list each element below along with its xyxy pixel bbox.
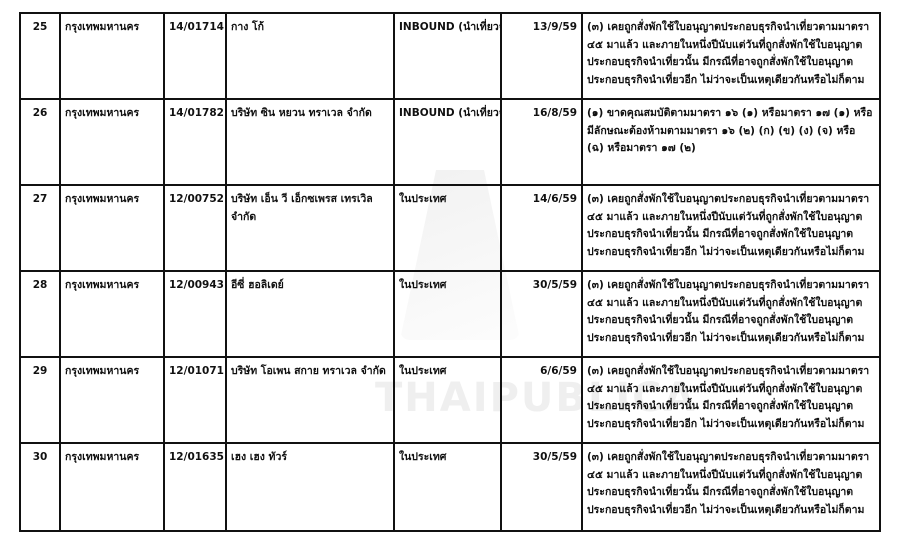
license-number-cell: 14/01782 — [164, 99, 226, 185]
date-cell: 30/5/59 — [501, 271, 582, 357]
table-body: 25 กรุงเทพมหานคร 14/01714 กาง โก้ INBOUN… — [20, 13, 880, 531]
row-number: 26 — [20, 99, 60, 185]
company-name-cell: บริษัท เอ็น วี เอ็กซเพรส เทรเวิล จำกัด — [226, 185, 394, 271]
table-row: 27 กรุงเทพมหานคร 12/00752 บริษัท เอ็น วี… — [20, 185, 880, 271]
reason-cell: (๑) ขาดคุณสมบัติตามมาตรา ๑๖ (๑) หรือมาตร… — [582, 99, 880, 185]
company-name-cell: บริษัท โอเพน สกาย ทราเวล จำกัด — [226, 357, 394, 443]
date-cell: 16/8/59 — [501, 99, 582, 185]
business-type-cell: ในประเทศ — [394, 185, 501, 271]
date-cell: 14/6/59 — [501, 185, 582, 271]
row-number: 29 — [20, 357, 60, 443]
table-row: 30 กรุงเทพมหานคร 12/01635 เฮง เฮง ทัวร์ … — [20, 443, 880, 531]
license-number-cell: 12/00752 — [164, 185, 226, 271]
province-cell: กรุงเทพมหานคร — [60, 357, 164, 443]
reason-cell: (๓) เคยถูกสั่งพักใช้ใบอนุญาตประกอบธุรกิจ… — [582, 271, 880, 357]
license-number-cell: 12/01071 — [164, 357, 226, 443]
business-type-cell: ในประเทศ — [394, 357, 501, 443]
company-name-cell: อีซี่ ฮอลิเดย์ — [226, 271, 394, 357]
row-number: 30 — [20, 443, 60, 531]
row-number: 28 — [20, 271, 60, 357]
date-cell: 30/5/59 — [501, 443, 582, 531]
province-cell: กรุงเทพมหานคร — [60, 185, 164, 271]
table-row: 26 กรุงเทพมหานคร 14/01782 บริษัท ซิน หยว… — [20, 99, 880, 185]
reason-cell: (๓) เคยถูกสั่งพักใช้ใบอนุญาตประกอบธุรกิจ… — [582, 13, 880, 99]
license-number-cell: 12/00943 — [164, 271, 226, 357]
table-row: 29 กรุงเทพมหานคร 12/01071 บริษัท โอเพน ส… — [20, 357, 880, 443]
business-type-cell: INBOUND (นำเที่ยวจาก — [394, 13, 501, 99]
company-name-cell: เฮง เฮง ทัวร์ — [226, 443, 394, 531]
province-cell: กรุงเทพมหานคร — [60, 13, 164, 99]
reason-cell: (๓) เคยถูกสั่งพักใช้ใบอนุญาตประกอบธุรกิจ… — [582, 443, 880, 531]
date-cell: 6/6/59 — [501, 357, 582, 443]
business-type-cell: ในประเทศ — [394, 443, 501, 531]
date-cell: 13/9/59 — [501, 13, 582, 99]
row-number: 25 — [20, 13, 60, 99]
license-number-cell: 12/01635 — [164, 443, 226, 531]
row-number: 27 — [20, 185, 60, 271]
license-revocation-table: 25 กรุงเทพมหานคร 14/01714 กาง โก้ INBOUN… — [19, 12, 881, 532]
province-cell: กรุงเทพมหานคร — [60, 271, 164, 357]
table-row: 25 กรุงเทพมหานคร 14/01714 กาง โก้ INBOUN… — [20, 13, 880, 99]
license-number-cell: 14/01714 — [164, 13, 226, 99]
business-type-cell: ในประเทศ — [394, 271, 501, 357]
reason-cell: (๓) เคยถูกสั่งพักใช้ใบอนุญาตประกอบธุรกิจ… — [582, 185, 880, 271]
reason-cell: (๓) เคยถูกสั่งพักใช้ใบอนุญาตประกอบธุรกิจ… — [582, 357, 880, 443]
province-cell: กรุงเทพมหานคร — [60, 443, 164, 531]
table-row: 28 กรุงเทพมหานคร 12/00943 อีซี่ ฮอลิเดย์… — [20, 271, 880, 357]
province-cell: กรุงเทพมหานคร — [60, 99, 164, 185]
company-name-cell: บริษัท ซิน หยวน ทราเวล จำกัด — [226, 99, 394, 185]
company-name-cell: กาง โก้ — [226, 13, 394, 99]
business-type-cell: INBOUND (นำเที่ยวจาก — [394, 99, 501, 185]
